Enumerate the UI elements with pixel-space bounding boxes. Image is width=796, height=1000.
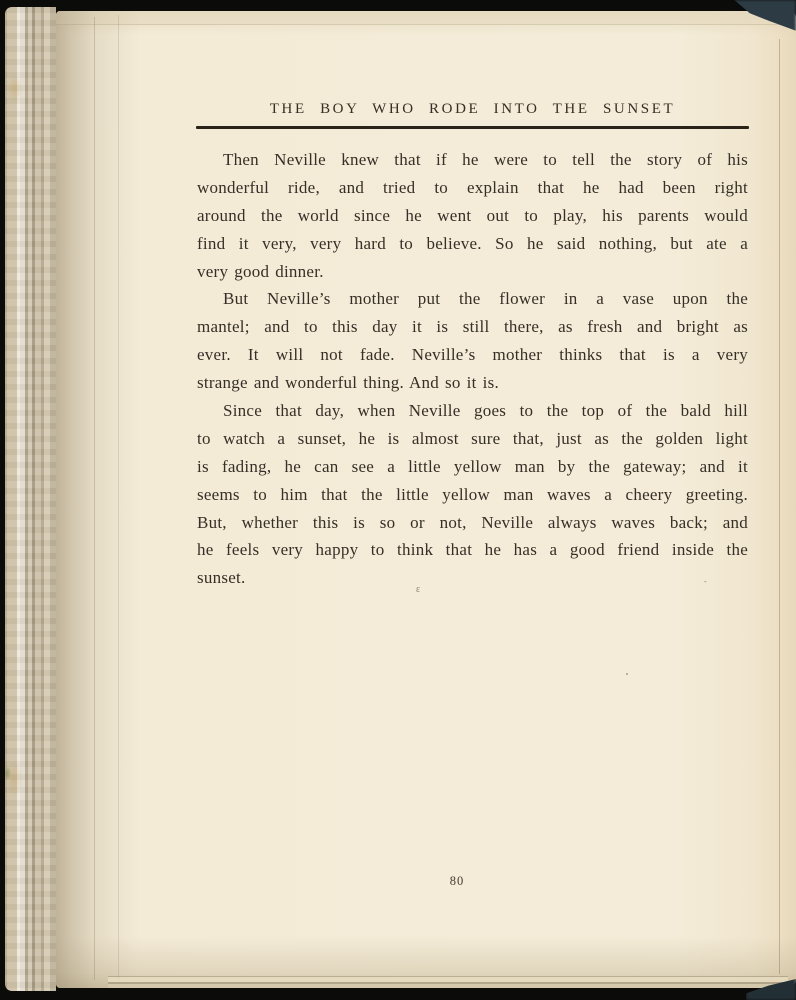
page-bottom-edges (108, 973, 788, 988)
running-head: THE BOY WHO RODE INTO THE SUNSET (197, 99, 748, 119)
text-line: strange and wonderful thing. And so it i… (197, 369, 748, 397)
print-speck: ɛ (416, 585, 420, 595)
text-line: wonderful ride, and tried to explain tha… (197, 174, 748, 202)
header-rule (196, 126, 749, 129)
page-fore-edge-line (779, 39, 780, 974)
text-line: ever. It will not fade. Neville’s mother… (197, 341, 748, 369)
underlying-page-edge-line (118, 15, 119, 982)
text-line: seems to him that the little yellow man … (197, 481, 748, 509)
underlying-page-edge-line (94, 17, 95, 980)
text-line: very good dinner. (197, 258, 748, 286)
text-line: find it very, very hard to believe. So h… (197, 230, 748, 258)
text-line: Then Neville knew that if he were to tel… (197, 146, 748, 174)
text-line: is fading, he can see a little yellow ma… (197, 453, 748, 481)
text-line: sunset. (197, 564, 748, 592)
text-line: mantel; and to this day it is still ther… (197, 313, 748, 341)
page-number: 80 (437, 873, 477, 889)
text-line: he feels very happy to think that he has… (197, 536, 748, 564)
page-curve-shading (56, 11, 140, 988)
text-line: But Neville’s mother put the flower in a… (197, 285, 748, 313)
text-line: to watch a sunset, he is almost sure tha… (197, 425, 748, 453)
book-page: THE BOY WHO RODE INTO THE SUNSET Then Ne… (56, 11, 796, 988)
page-top-edge (56, 11, 796, 25)
print-speck (626, 673, 628, 675)
text-line: around the world since he went out to pl… (197, 202, 748, 230)
text-line: But, whether this is so or not, Neville … (197, 509, 748, 537)
text-line: Since that day, when Neville goes to the… (197, 397, 748, 425)
body-text: Then Neville knew that if he were to tel… (197, 146, 748, 592)
page-stack-edges (5, 7, 56, 991)
print-speck: - (704, 577, 707, 587)
